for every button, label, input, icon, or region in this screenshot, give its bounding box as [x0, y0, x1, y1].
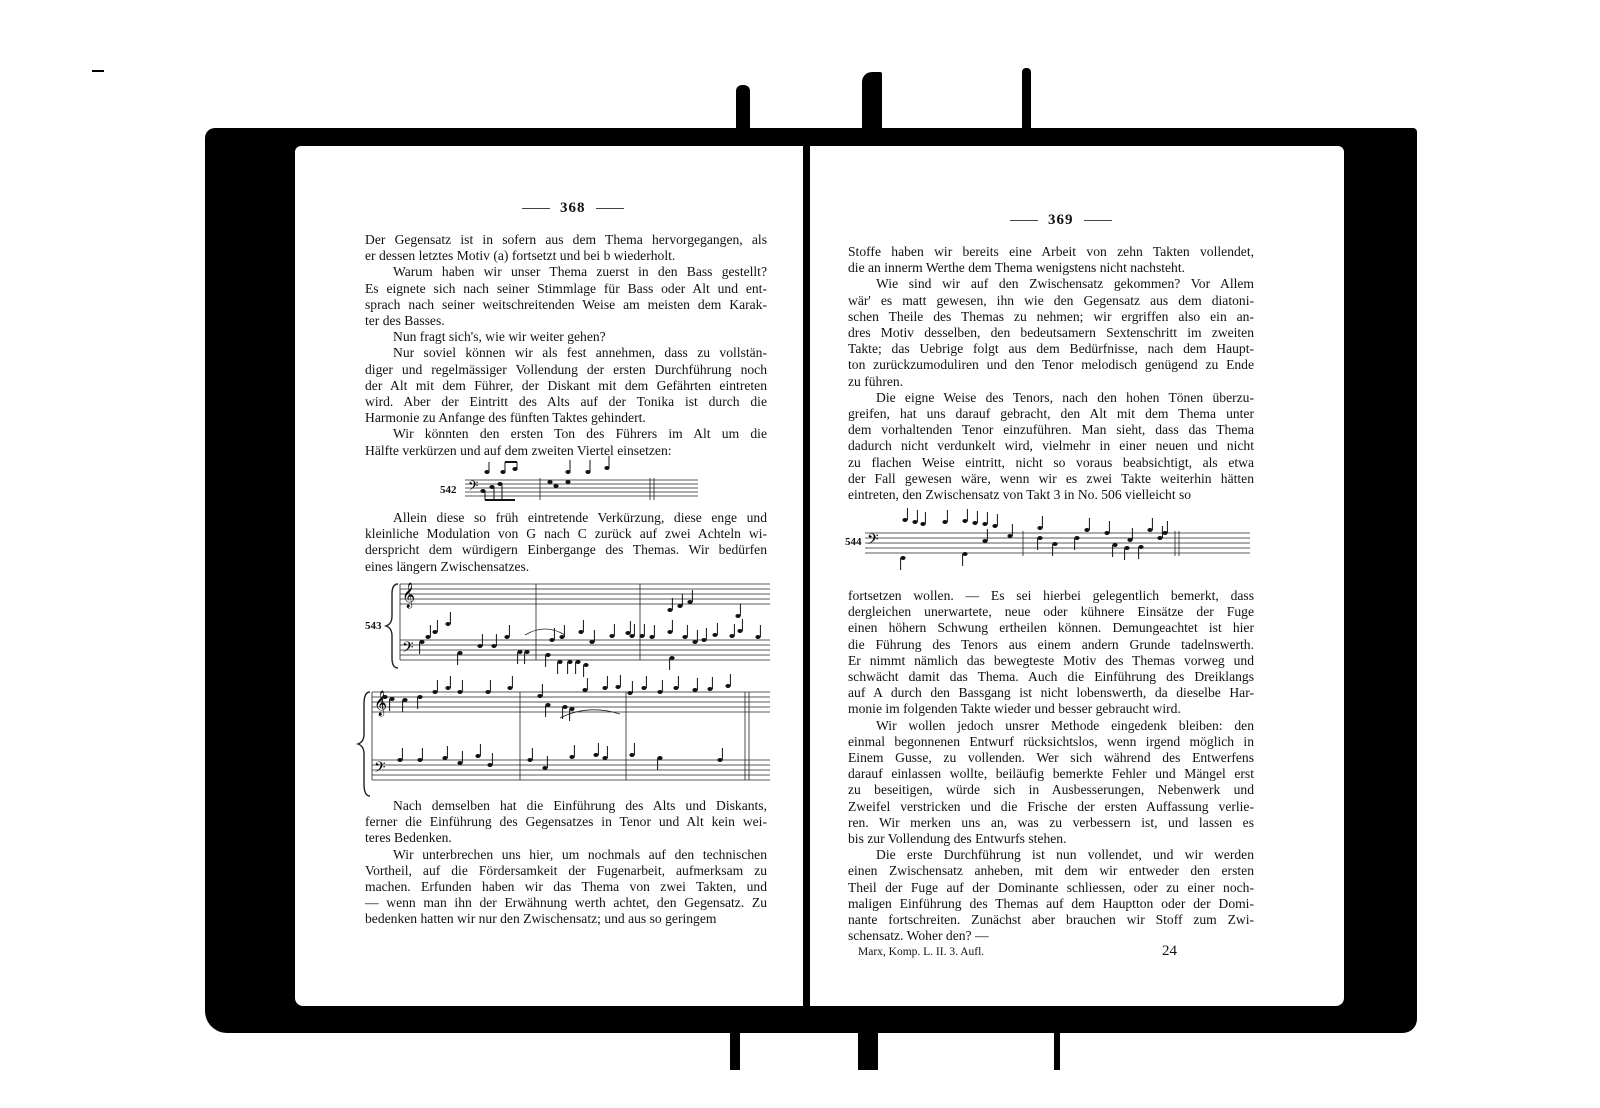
- text-line: ren. Wir merken uns an, was zu verbesser…: [848, 815, 1254, 831]
- text-line: der Alt mit dem Führer, der Diskant mit …: [365, 378, 767, 394]
- bookmark-tab: [1022, 68, 1031, 130]
- text-line: Stoffe haben wir bereits eine Arbeit von…: [848, 244, 1254, 260]
- text-line: zu flachen Weise eintritt, nicht so vora…: [848, 455, 1254, 471]
- text-line: eintreten, den Zwischensatz von Takt 3 i…: [848, 487, 1254, 503]
- text-line: zu führen.: [848, 374, 1254, 390]
- text-line: monie im folgenden Takte wieder und bess…: [848, 701, 1254, 717]
- right-text-top: Stoffe haben wir bereits eine Arbeit von…: [848, 244, 1254, 503]
- svg-text:𝄞: 𝄞: [402, 582, 415, 608]
- text-line: Der Gegensatz ist in sofern aus dem Them…: [365, 232, 767, 248]
- text-line: Hälfte verkürzen und auf dem zweiten Vie…: [365, 443, 767, 459]
- text-line: schwächt damit das Thema. Auch die Einfü…: [848, 669, 1254, 685]
- bookmark-tab: [858, 1030, 878, 1070]
- text-line: schen Theile des Themas zu nehmen; wir e…: [848, 309, 1254, 325]
- left-text-top: Der Gegensatz ist in sofern aus dem Them…: [365, 232, 767, 459]
- bass-staff: 𝄢: [845, 508, 1255, 568]
- text-line: Allein diese so früh eintretende Verkürz…: [365, 510, 767, 526]
- page-number-left: 368: [512, 200, 634, 217]
- bookmark-tab: [862, 72, 882, 130]
- text-line: nante fortschreiten. Zunächst aber brauc…: [848, 912, 1254, 928]
- text-line: maligen Einführung des Themas auf dem Ha…: [848, 896, 1254, 912]
- text-line: machen. Erfunden haben wir das Thema von…: [365, 879, 767, 895]
- rule: [522, 208, 550, 209]
- text-line: schensatz. Woher den? —: [848, 928, 1254, 944]
- text-line: einen höhern Schwung ertheilen können. D…: [848, 620, 1254, 636]
- text-line: Wir wollen jedoch unsrer Methode eingede…: [848, 718, 1254, 734]
- svg-text:𝄢: 𝄢: [402, 639, 414, 660]
- text-line: die Führung des Tenors aus einem andern …: [848, 637, 1254, 653]
- svg-text:𝄢: 𝄢: [374, 759, 386, 780]
- text-line: fortsetzen wollen. — Es sei hierbei gele…: [848, 588, 1254, 604]
- text-line: ton zurückzumoduliren und den Tenor melo…: [848, 357, 1254, 373]
- text-line: auf A durch den Bassgang ist nicht loben…: [848, 685, 1254, 701]
- text-line: dadurch nicht verdunkelt wird, vielmehr …: [848, 438, 1254, 454]
- text-line: teres Bedenken.: [365, 830, 767, 846]
- text-line: Einem Gusse, zu vollenden. Wer sich währ…: [848, 750, 1254, 766]
- book-gutter: [803, 140, 810, 1010]
- music-example-542: 542 𝄢: [430, 460, 700, 505]
- text-line: Die erste Durchführung ist nun vollendet…: [848, 847, 1254, 863]
- svg-text:𝄢: 𝄢: [867, 531, 879, 552]
- text-line: sprach nach seiner weitschreitenden Weis…: [365, 297, 767, 313]
- text-line: — wenn man ihn der Erwähnung werth achte…: [365, 895, 767, 911]
- text-line: kleinliche Modulation von G nach C zurüc…: [365, 526, 767, 542]
- text-line: bedenken hatten wir nur den Zwischensatz…: [365, 911, 767, 927]
- text-line: eines längern Zwischensatzes.: [365, 559, 767, 575]
- rule: [1084, 220, 1112, 221]
- text-line: der Fall gewesen wäre, wenn wir es zwei …: [848, 471, 1254, 487]
- text-line: zu beseitigen, würde sich in Ausbesserun…: [848, 782, 1254, 798]
- left-text-middle: Allein diese so früh eintretende Verkürz…: [365, 510, 767, 575]
- bookmark-tab: [730, 1030, 740, 1070]
- example-number: 544: [845, 536, 862, 548]
- svg-text:𝄞: 𝄞: [374, 690, 387, 716]
- text-line: einmal begonnenen Entwurf rücksichtslos,…: [848, 734, 1254, 750]
- text-line: greifen, hat uns darauf gebracht, den Al…: [848, 406, 1254, 422]
- text-line: Vortheil, auf die Fördersamkeit der Fuge…: [365, 863, 767, 879]
- text-line: Wir könnten den ersten Ton des Führers i…: [365, 426, 767, 442]
- text-line: ter des Basses.: [365, 313, 767, 329]
- text-line: darauf einlassen wollte, beiläufig bemer…: [848, 766, 1254, 782]
- text-line: Warum haben wir unser Thema zuerst in de…: [365, 264, 767, 280]
- rule: [596, 208, 624, 209]
- text-line: derspricht dem würdigern Einbergange des…: [365, 542, 767, 558]
- text-line: dres Motiv desselben, den bedeutsamern S…: [848, 325, 1254, 341]
- text-line: er dessen letztes Motiv (a) fortsetzt un…: [365, 248, 767, 264]
- text-line: die an innerm Werthe dem Thema wenigsten…: [848, 260, 1254, 276]
- text-line: Harmonie zu Anfange des fünften Taktes g…: [365, 410, 767, 426]
- rule: [1010, 220, 1038, 221]
- text-line: Nur soviel können wir als fest annehmen,…: [365, 345, 767, 361]
- text-line: dem vorhaltenden Tenor einzuführen. Man …: [848, 422, 1254, 438]
- text-line: wird. Aber der Eintritt des Alts auf der…: [365, 394, 767, 410]
- text-line: Es eignete sich nach seiner Stimmlage fü…: [365, 281, 767, 297]
- signature-mark: Marx, Komp. L. II. 3. Aufl.: [858, 946, 984, 958]
- text-line: Er nimmt nämlich das bewegteste Motiv de…: [848, 653, 1254, 669]
- music-example-544: 544 𝄢: [845, 508, 1255, 568]
- text-line: Takte; das Uebrige folgt aus dem Bedürfn…: [848, 341, 1254, 357]
- bookmark-tab: [736, 85, 750, 130]
- sheet-number: 24: [1162, 943, 1177, 960]
- example-number: 543: [365, 620, 382, 632]
- text-line: dergleichen unerwartete, neue oder kühne…: [848, 604, 1254, 620]
- text-line: Nach demselben hat die Einführung des Al…: [365, 798, 767, 814]
- text-line: Theil der Fuge auf der Dominante schlies…: [848, 880, 1254, 896]
- music-example-543: 543 𝄞 𝄢 𝄞 𝄢: [360, 580, 770, 790]
- right-text-bottom: fortsetzen wollen. — Es sei hierbei gele…: [848, 588, 1254, 944]
- text-line: Nun fragt sich's, wie wir weiter gehen?: [365, 329, 767, 345]
- text-line: Zweifel verstricken und die Frische der …: [848, 799, 1254, 815]
- left-text-bottom: Nach demselben hat die Einführung des Al…: [365, 798, 767, 928]
- scan-mark: [92, 70, 104, 72]
- text-line: einen Zwischensatz anheben, mit dem wir …: [848, 863, 1254, 879]
- example-number: 542: [440, 484, 457, 496]
- text-line: Die eigne Weise des Tenors, nach den hoh…: [848, 390, 1254, 406]
- piano-staves: 𝄞 𝄢 𝄞 𝄢: [360, 580, 770, 790]
- text-line: bis zur Vollendung des Entwurfs stehen.: [848, 831, 1254, 847]
- svg-text:𝄢: 𝄢: [468, 478, 478, 497]
- page-number-text: 369: [1048, 212, 1074, 228]
- text-line: Wie sind wir auf den Zwischensatz gekomm…: [848, 276, 1254, 292]
- text-line: Wir unterbrechen uns hier, um nochmals a…: [365, 847, 767, 863]
- page-number-right: 369: [1000, 212, 1122, 229]
- bass-staff: 𝄢: [430, 460, 700, 505]
- text-line: wär' es matt gewesen, ihn wie den Gegens…: [848, 293, 1254, 309]
- text-line: ferner die Einführung des Gegensatzes in…: [365, 814, 767, 830]
- text-line: diger und regelmässiger Vollendung der e…: [365, 362, 767, 378]
- bookmark-tab: [1054, 1030, 1060, 1070]
- page-number-text: 368: [560, 200, 586, 216]
